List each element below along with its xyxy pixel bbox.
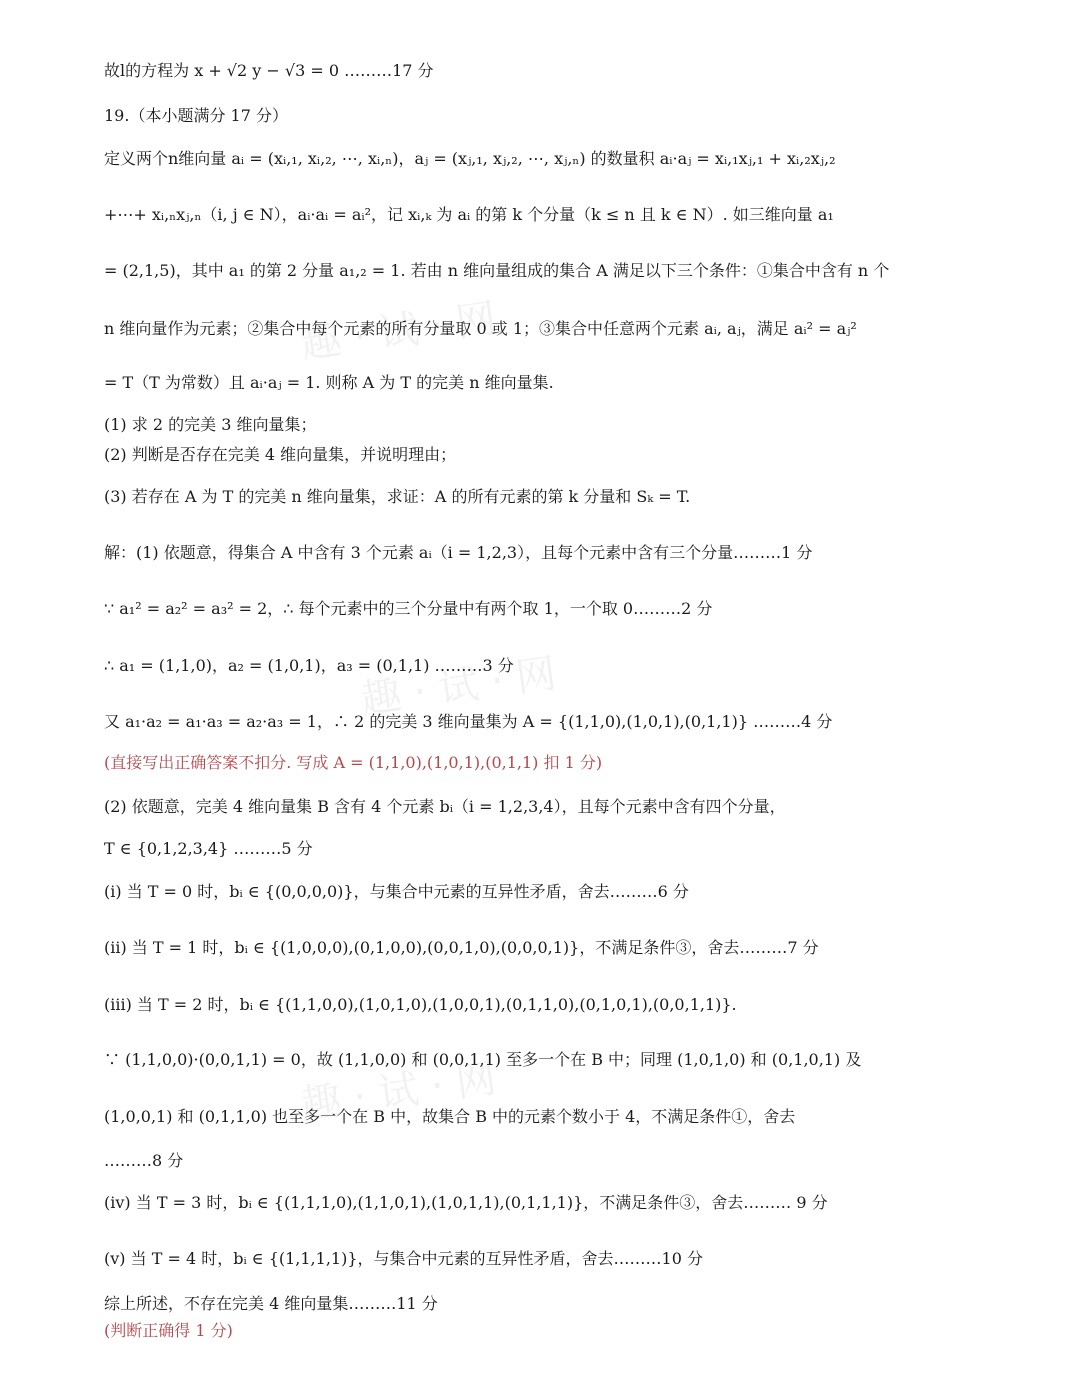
- text-line: (ⅱ) 当 T = 1 时，bᵢ ∈ {(1,0,0,0),(0,1,0,0),…: [104, 937, 819, 959]
- text-line: (ⅴ) 当 T = 4 时，bᵢ ∈ {(1,1,1,1)}，与集合中元素的互异…: [104, 1248, 703, 1270]
- text-line: (2) 依题意，完美 4 维向量集 B 含有 4 个元素 bᵢ（i = 1,2,…: [104, 796, 786, 818]
- text-line: 定义两个n维向量 aᵢ = (xᵢ,₁, xᵢ,₂, ⋯, xᵢ,ₙ)，aⱼ =…: [104, 148, 836, 170]
- text-line: 19.（本小题满分 17 分）: [104, 105, 288, 127]
- text-line: ∵ a₁² = a₂² = a₃² = 2，∴ 每个元素中的三个分量中有两个取 …: [104, 598, 712, 620]
- text-line: ∴ a₁ = (1,1,0)，a₂ = (1,0,1)，a₃ = (0,1,1)…: [104, 655, 514, 677]
- text-line: 解：(1) 依题意，得集合 A 中含有 3 个元素 aᵢ（i = 1,2,3），…: [104, 542, 812, 564]
- text-line: (ⅰ) 当 T = 0 时，bᵢ ∈ {(0,0,0,0)}，与集合中元素的互异…: [104, 881, 689, 903]
- text-line: (ⅳ) 当 T = 3 时，bᵢ ∈ {(1,1,1,0),(1,1,0,1),…: [104, 1192, 828, 1214]
- text-line: 又 a₁·a₂ = a₁·a₃ = a₂·a₃ = 1，∴ 2 的完美 3 维向…: [104, 711, 832, 733]
- grading-note: (判断正确得 1 分): [104, 1320, 233, 1342]
- grading-note: (直接写出正确答案不扣分. 写成 A = (1,1,0),(1,0,1),(0,…: [104, 752, 602, 774]
- text-line: n 维向量作为元素；②集合中每个元素的所有分量取 0 或 1；③集合中任意两个元…: [104, 318, 857, 340]
- text-line: ∵ (1,1,0,0)·(0,0,1,1) = 0，故 (1,1,0,0) 和 …: [104, 1049, 861, 1071]
- text-line: = (2,1,5)，其中 a₁ 的第 2 分量 a₁,₂ = 1. 若由 n 维…: [104, 260, 889, 282]
- text-line: T ∈ {0,1,2,3,4} ………5 分: [104, 838, 313, 860]
- text-line: 故l的方程为 x + √2 y − √3 = 0 ………17 分: [104, 60, 434, 82]
- text-line: (1) 求 2 的完美 3 维向量集；: [104, 414, 316, 436]
- text-line: (1,0,0,1) 和 (0,1,1,0) 也至多一个在 B 中，故集合 B 中…: [104, 1106, 795, 1128]
- text-line: (ⅲ) 当 T = 2 时，bᵢ ∈ {(1,1,0,0),(1,0,1,0),…: [104, 994, 737, 1016]
- text-line: 综上所述，不存在完美 4 维向量集………11 分: [104, 1293, 438, 1315]
- text-line: +⋯+ xᵢ,ₙxⱼ,ₙ（i, j ∈ N），aᵢ·aᵢ = aᵢ²，记 xᵢ,…: [104, 204, 834, 226]
- text-line: (3) 若存在 A 为 T 的完美 n 维向量集，求证：A 的所有元素的第 k …: [104, 486, 690, 508]
- text-line: (2) 判断是否存在完美 4 维向量集，并说明理由；: [104, 444, 456, 466]
- text-line: ………8 分: [104, 1150, 183, 1172]
- text-line: = T（T 为常数）且 aᵢ·aⱼ = 1. 则称 A 为 T 的完美 n 维向…: [104, 372, 554, 394]
